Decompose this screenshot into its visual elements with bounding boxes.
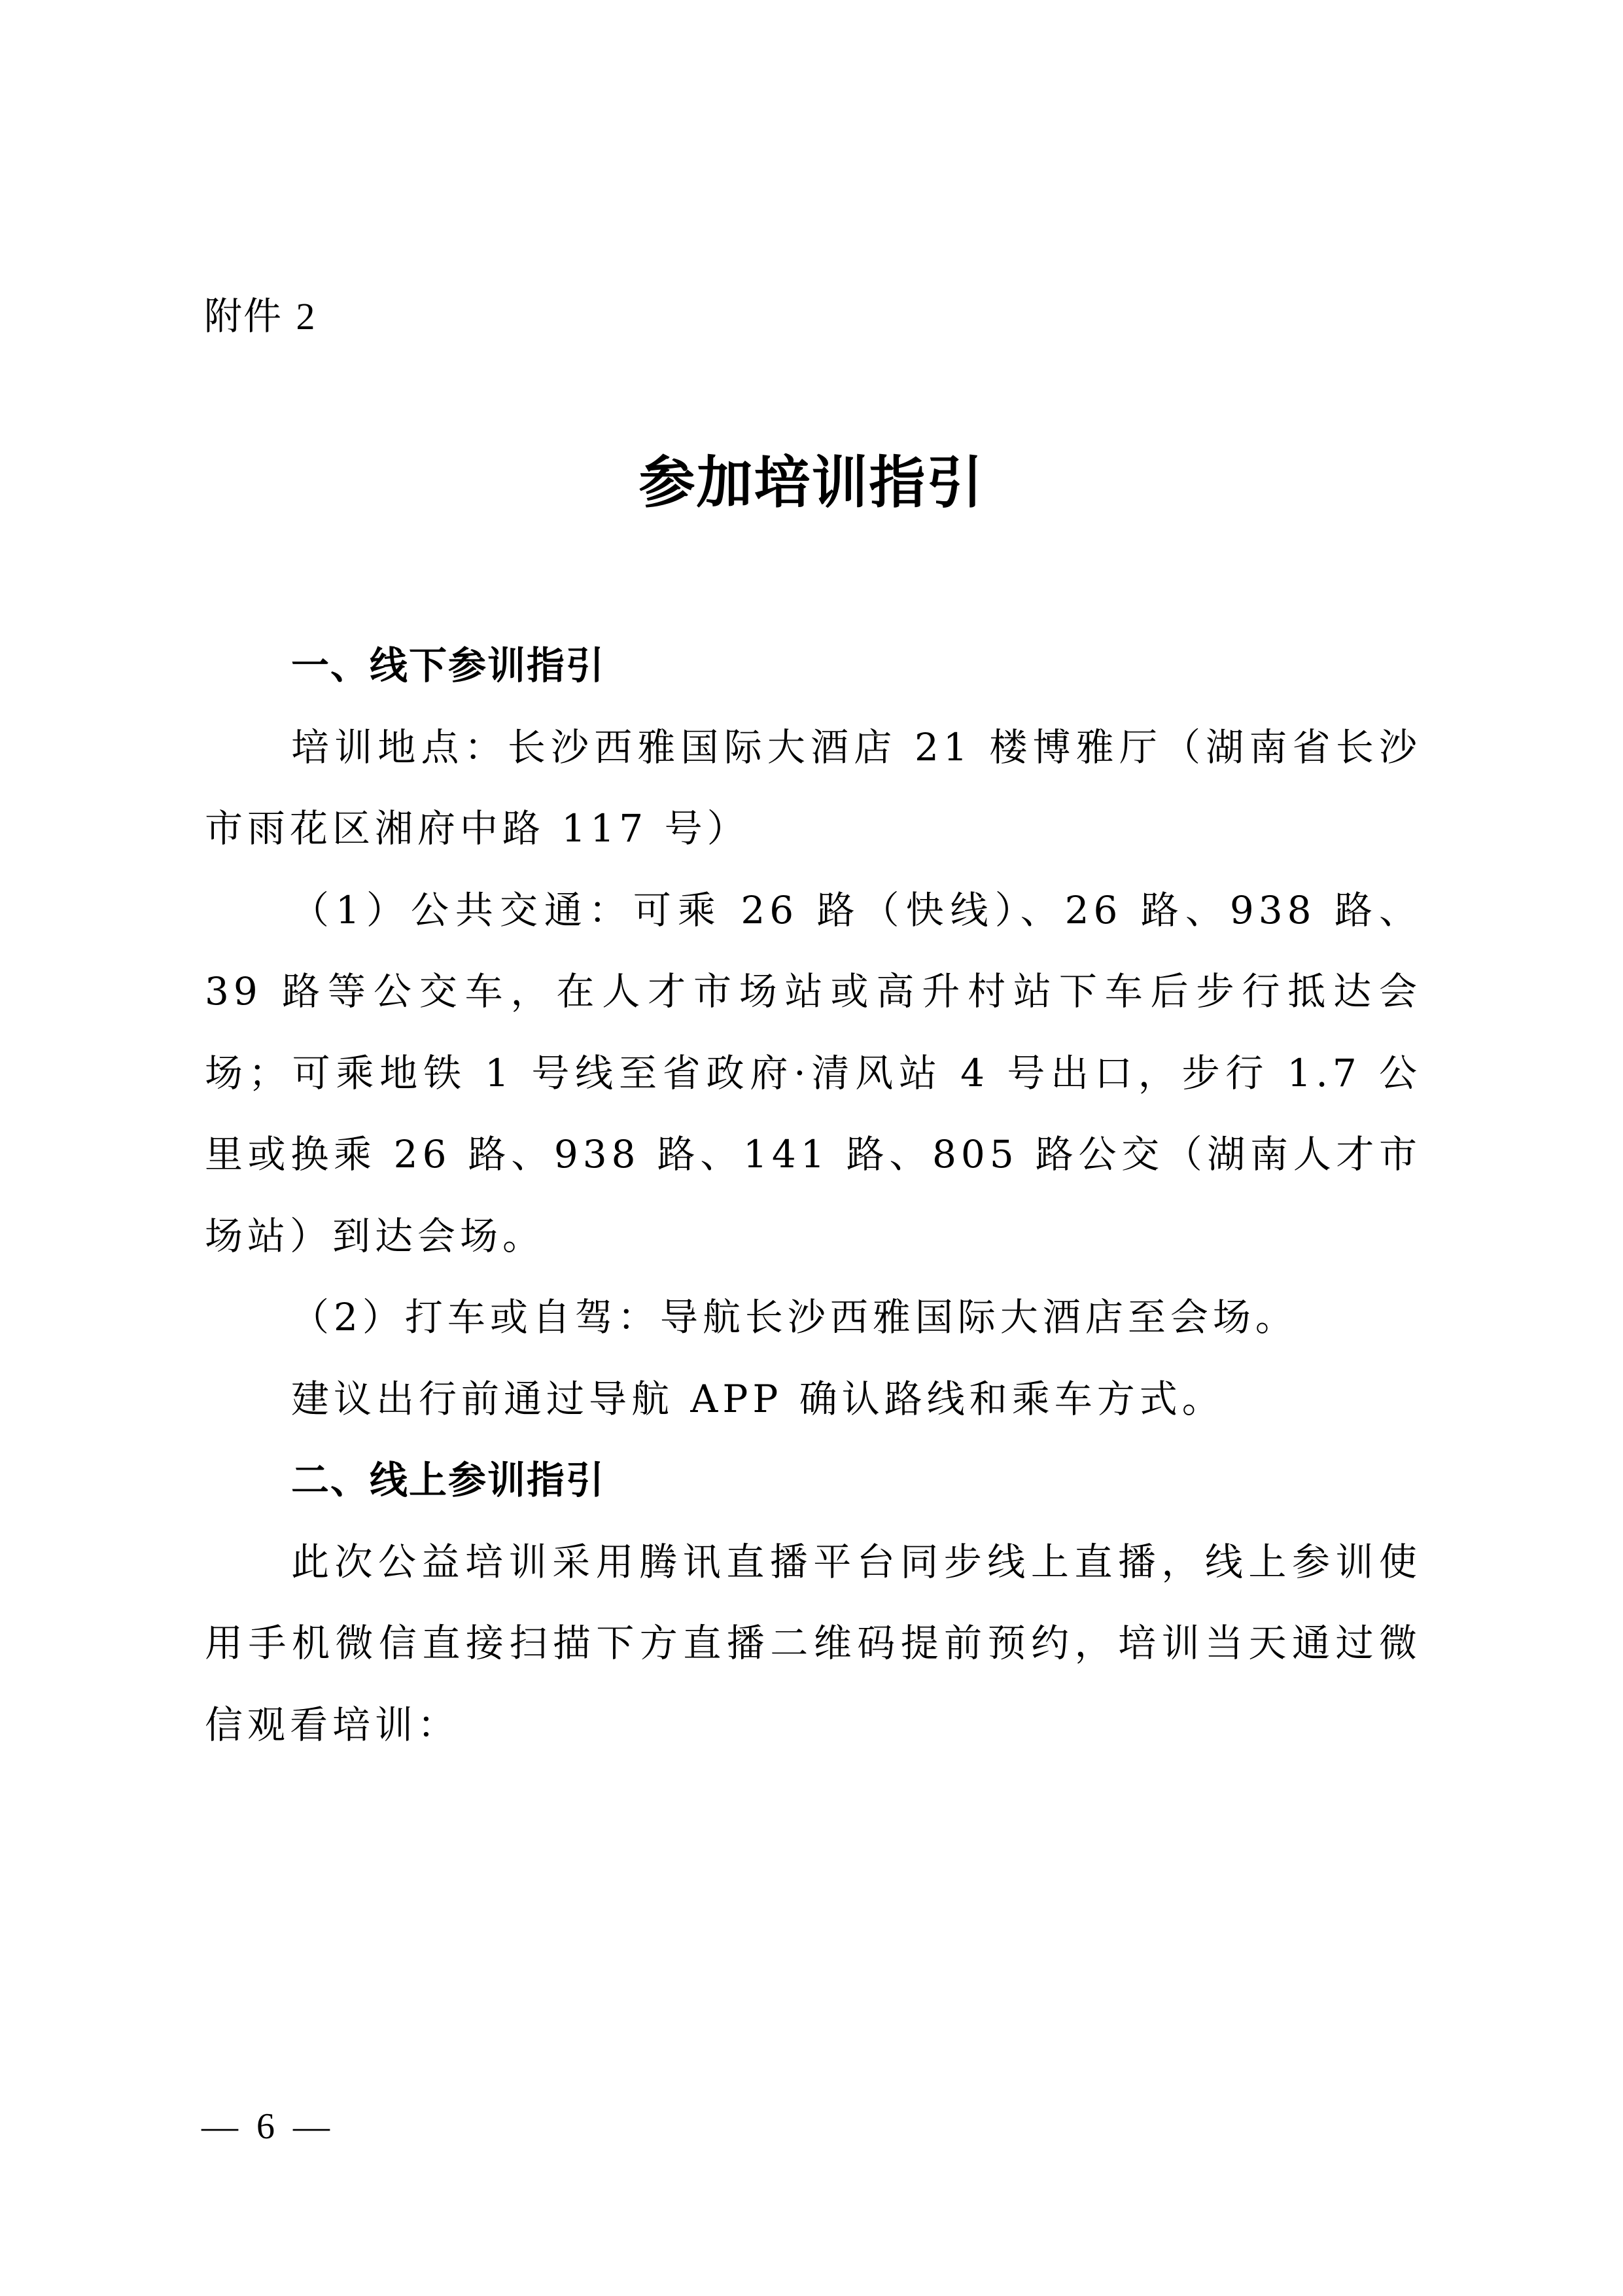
paragraph-taxi-driving: （2）打车或自驾：导航长沙西雅国际大酒店至会场。 bbox=[205, 1277, 1422, 1358]
document-page: 附件 2 参加培训指引 一、线下参训指引 培训地点：长沙西雅国际大酒店 21 楼… bbox=[0, 0, 1623, 2296]
attachment-number: 2 bbox=[296, 295, 316, 338]
document-body: 一、线下参训指引 培训地点：长沙西雅国际大酒店 21 楼博雅厅（湖南省长沙市雨花… bbox=[205, 625, 1422, 1765]
paragraph-public-transport: （1）公共交通：可乘 26 路（快线）、26 路、938 路、39 路等公交车，… bbox=[205, 870, 1422, 1277]
attachment-label: 附件 2 bbox=[204, 293, 316, 340]
section-heading-online: 二、线上参训指引 bbox=[205, 1439, 1422, 1521]
paragraph-navigation-advice: 建议出行前通过导航 APP 确认路线和乘车方式。 bbox=[205, 1358, 1422, 1440]
page-dash-left: — bbox=[201, 2106, 238, 2147]
paragraph-training-location: 培训地点：长沙西雅国际大酒店 21 楼博雅厅（湖南省长沙市雨花区湘府中路 117… bbox=[205, 707, 1422, 870]
page-number-footer: — 6 — bbox=[201, 2104, 330, 2149]
document-title: 参加培训指引 bbox=[0, 450, 1623, 516]
attachment-label-text: 附件 bbox=[204, 294, 283, 338]
section-heading-offline: 一、线下参训指引 bbox=[205, 625, 1422, 707]
paragraph-online-instructions: 此次公益培训采用腾讯直播平台同步线上直播，线上参训使用手机微信直接扫描下方直播二… bbox=[205, 1521, 1422, 1766]
page-dash-right: — bbox=[293, 2106, 330, 2147]
page-number: 6 bbox=[256, 2106, 275, 2147]
